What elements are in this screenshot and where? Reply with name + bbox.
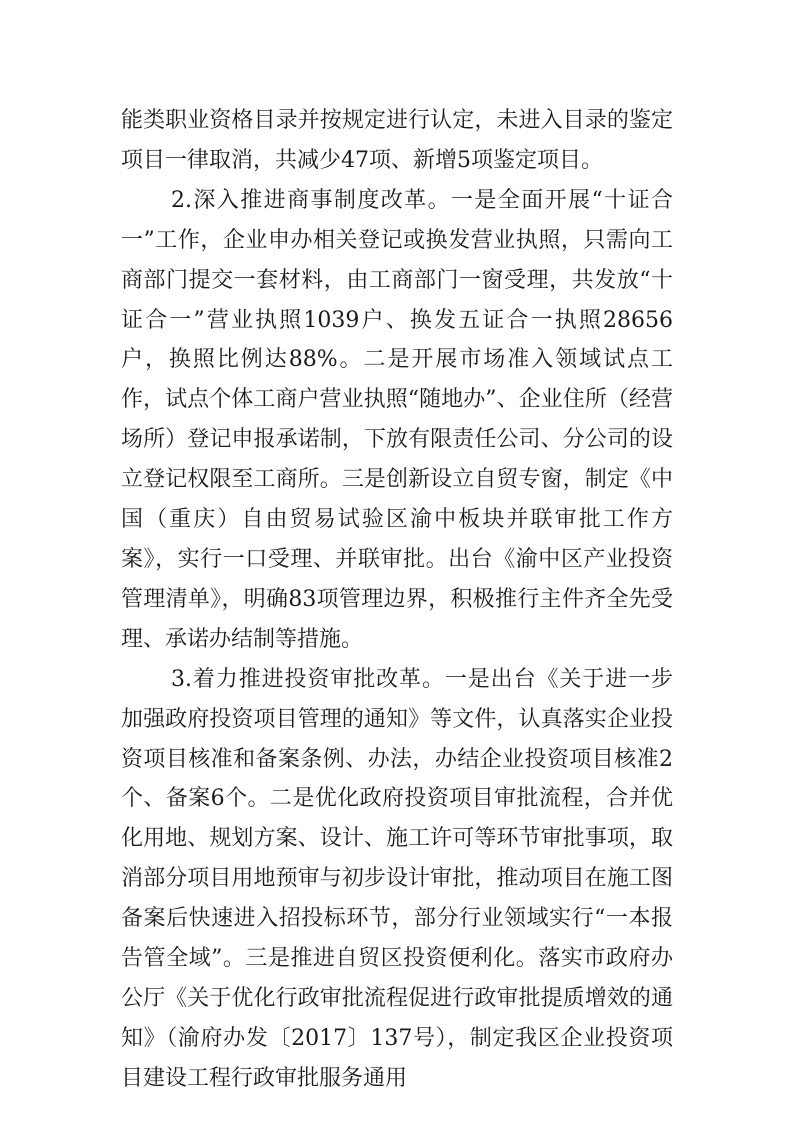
paragraph-section-3-investment-approval-reform: 3.着力推进投资审批改革。一是出台《关于进一步加强政府投资项目管理的通知》等文件…	[121, 660, 673, 1099]
paragraph-continuation: 能类职业资格目录并按规定进行认定，未进入目录的鉴定项目一律取消，共减少47项、新…	[121, 101, 673, 181]
paragraph-section-2-commercial-reform: 2.深入推进商事制度改革。一是全面开展“十证合一”工作，企业申办相关登记或换发营…	[121, 181, 673, 660]
document-page: 能类职业资格目录并按规定进行认定，未进入目录的鉴定项目一律取消，共减少47项、新…	[121, 101, 673, 1099]
